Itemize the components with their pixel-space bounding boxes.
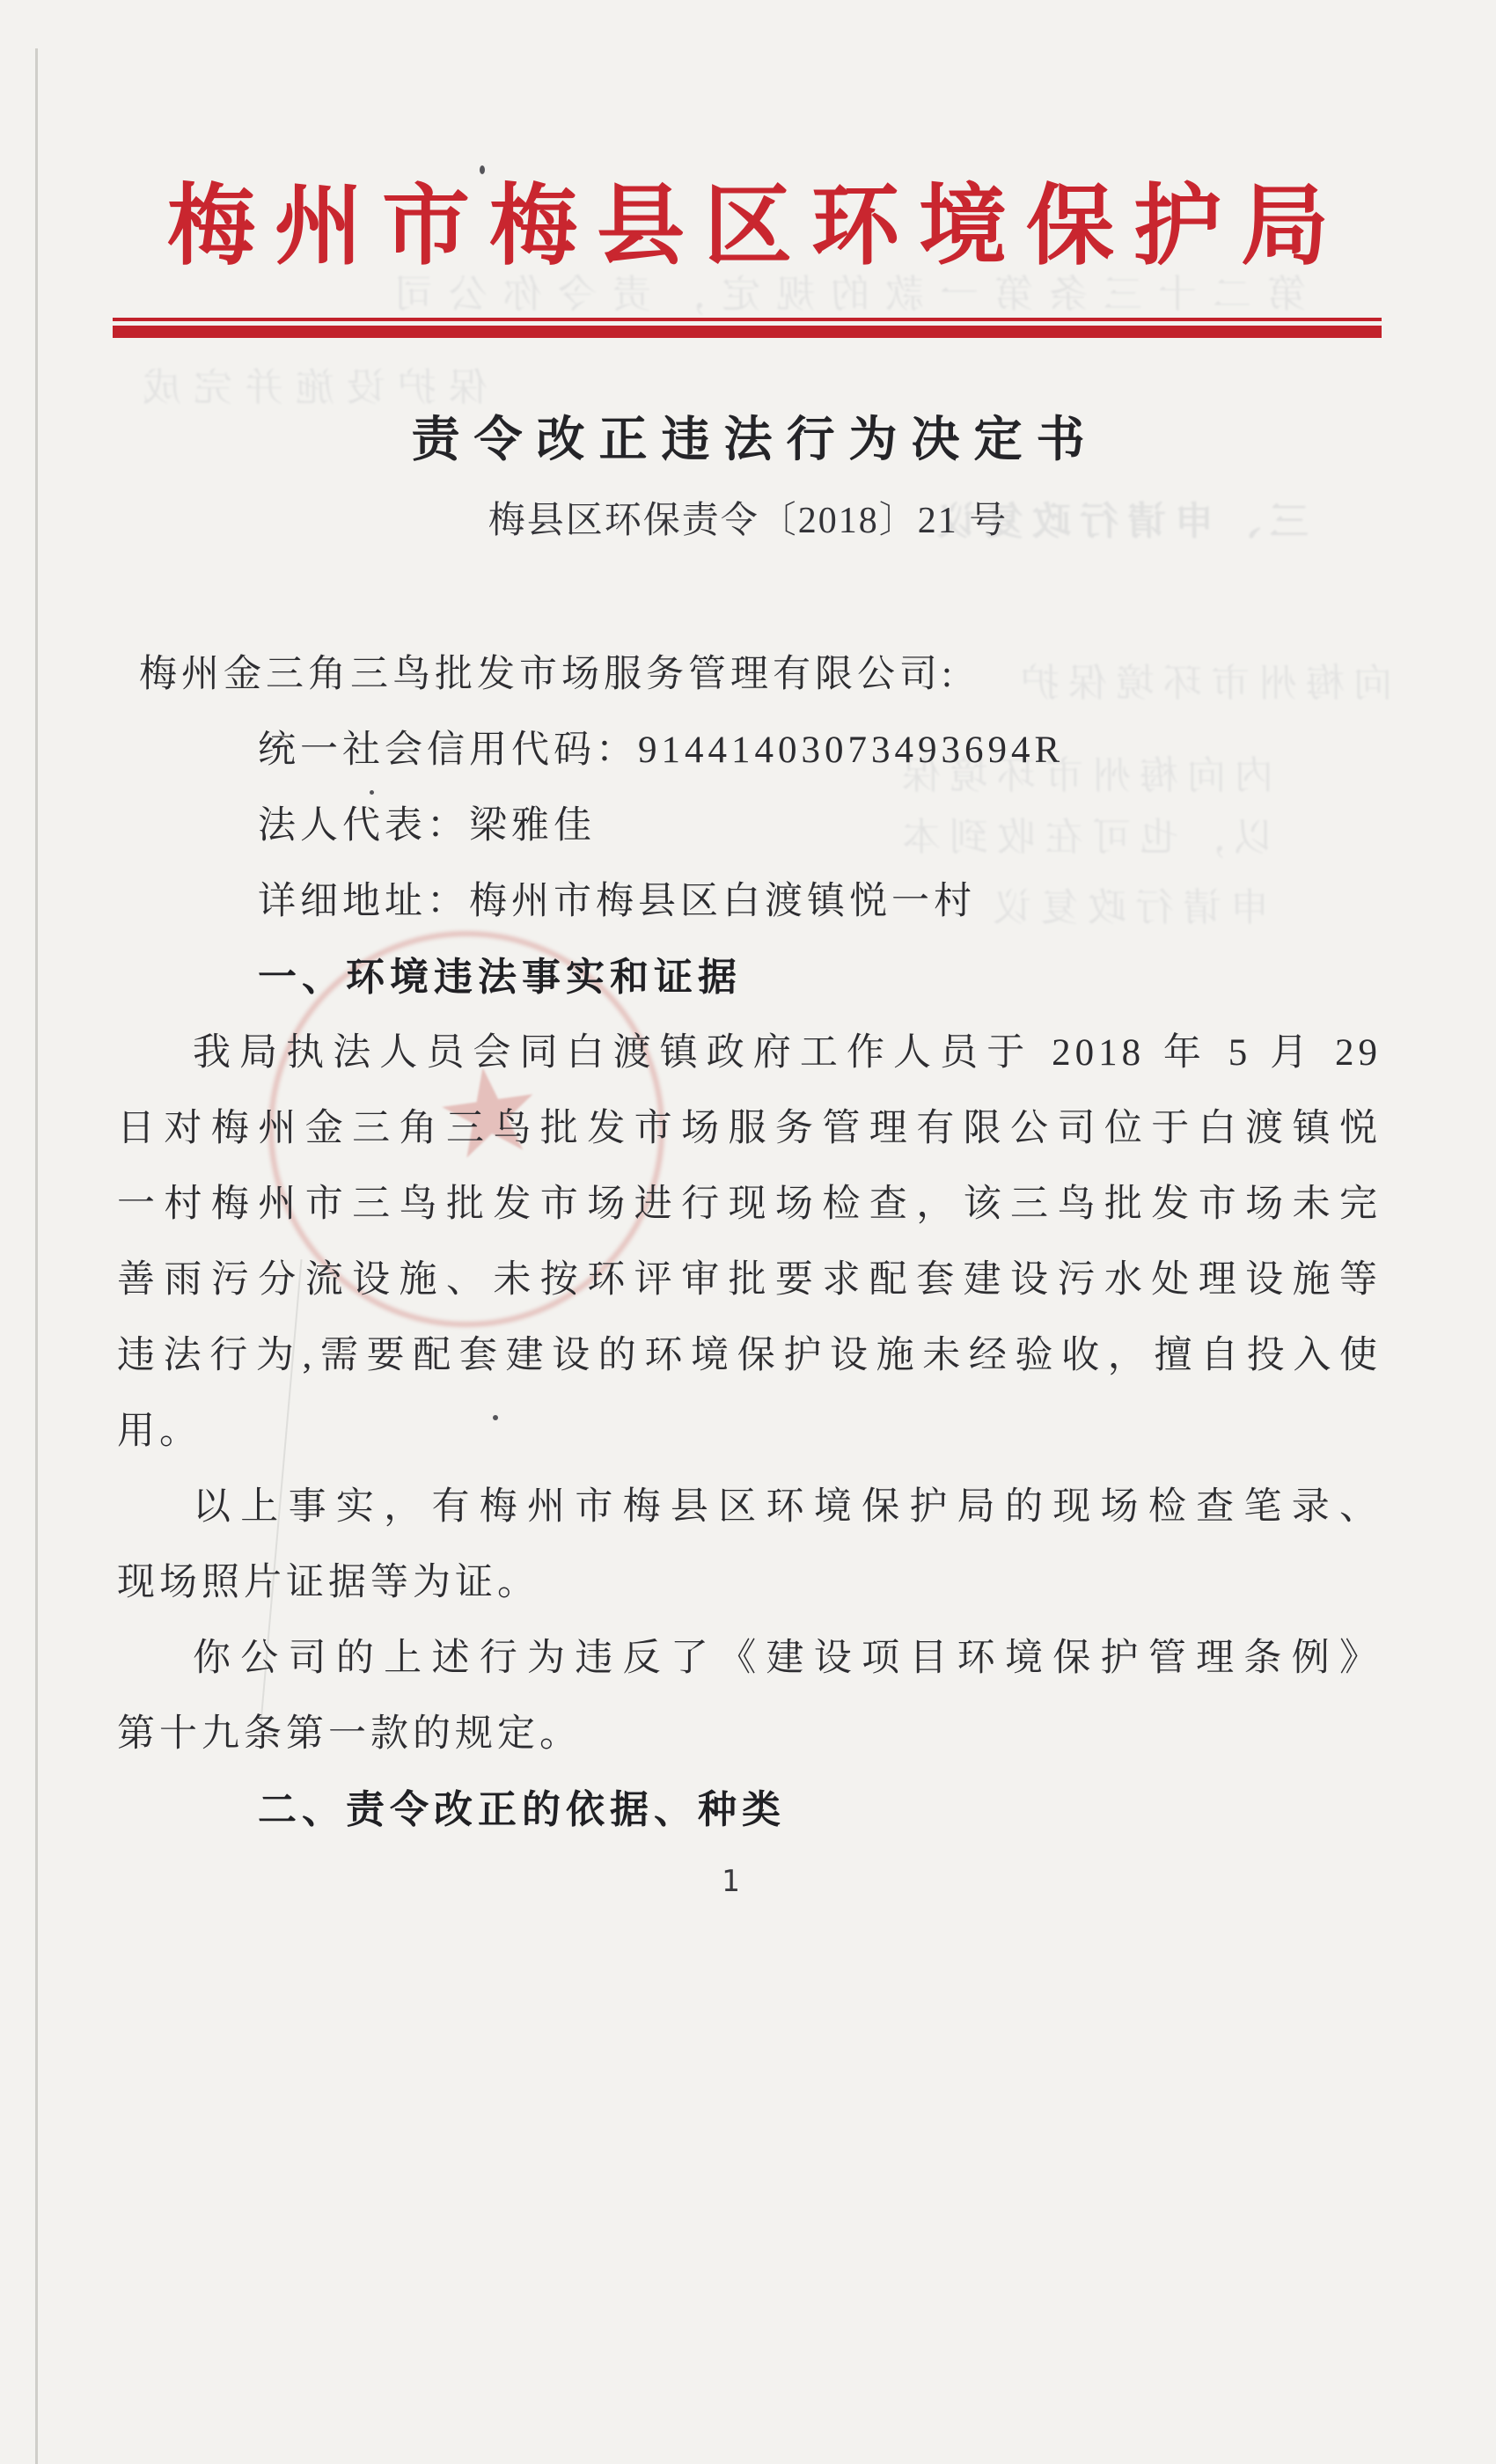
letterhead-rule-thin <box>113 318 1382 321</box>
paragraph-1-line: 违法行为,需要配套建设的环境保护设施未经验收，擅自投入使 <box>117 1318 1382 1394</box>
agency-letterhead-title: 梅州市梅县区环境保护局 <box>0 178 1496 276</box>
document-title: 责令改正违法行为决定书 <box>0 412 1496 468</box>
legal-representative-line: 法人代表：梁雅佳 <box>117 788 1382 864</box>
credit-code-line: 统一社会信用代码：91441403073493694R <box>117 713 1382 788</box>
paragraph-1-line: 日对梅州金三角三鸟批发市场服务管理有限公司位于白渡镇悦 <box>117 1091 1382 1167</box>
bleed-through-text: 保护设施并完成 <box>130 356 488 412</box>
letterhead-rule-thick <box>113 326 1382 338</box>
document-body: 梅州金三角三鸟批发市场服务管理有限公司: 统一社会信用代码：9144140307… <box>117 637 1382 1848</box>
page-number: 1 <box>0 1864 1461 1899</box>
recipient-line: 梅州金三角三鸟批发市场服务管理有限公司: <box>117 637 1382 713</box>
paragraph-2-line: 现场照片证据等为证。 <box>117 1545 1382 1621</box>
scan-speck <box>480 165 485 174</box>
section-1-heading: 一、环境违法事实和证据 <box>117 940 1382 1016</box>
paragraph-2-line: 以上事实，有梅州市梅县区环境保护局的现场检查笔录、 <box>117 1470 1382 1545</box>
paragraph-1-line: 善雨污分流设施、未按环评审批要求配套建设污水处理设施等 <box>117 1243 1382 1318</box>
paragraph-1-line: 用。 <box>117 1394 1382 1470</box>
paragraph-1-line: 一村梅州市三鸟批发市场进行现场检查，该三鸟批发市场未完 <box>117 1167 1382 1243</box>
paragraph-3-line: 第十九条第一款的规定。 <box>117 1697 1382 1772</box>
scanned-document-page: 第二十三条第一款的规定，责令你公司 保护设施并完成 三、申请行政复议 向梅州市环… <box>0 0 1496 2464</box>
section-2-heading: 二、责令改正的依据、种类 <box>117 1772 1382 1848</box>
document-number: 梅县区环保责令〔2018〕21 号 <box>0 498 1496 544</box>
paragraph-3-line: 你公司的上述行为违反了《建设项目环境保护管理条例》 <box>117 1621 1382 1697</box>
paragraph-1-line: 我局执法人员会同白渡镇政府工作人员于 2018 年 5 月 29 <box>117 1016 1382 1091</box>
address-line: 详细地址：梅州市梅县区白渡镇悦一村 <box>117 864 1382 940</box>
paper-edge-line <box>35 48 38 2464</box>
